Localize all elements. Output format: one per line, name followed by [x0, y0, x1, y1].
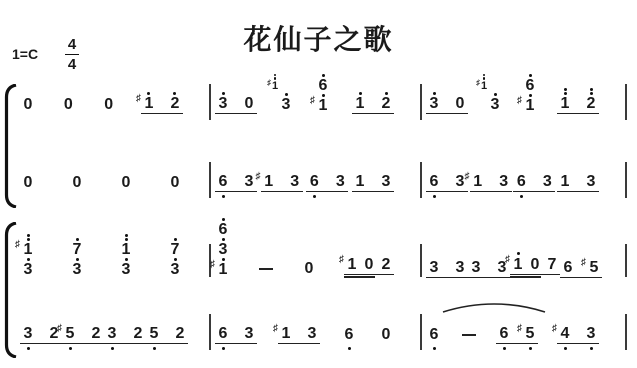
dash-note — [462, 327, 476, 343]
note-digit: ♯1 — [523, 98, 537, 113]
rest-note: 0 — [21, 97, 35, 113]
below-dots-row — [101, 114, 117, 122]
note: 3 — [469, 260, 483, 276]
notes-row: 73 — [69, 237, 85, 278]
below-dots-row — [215, 114, 257, 122]
below-dots-row — [560, 278, 602, 286]
sharp-icon: ♯ — [57, 321, 62, 337]
digit: 0 — [305, 260, 314, 277]
digit: 7 — [73, 241, 82, 258]
note: ♯1 — [142, 91, 156, 112]
below-dots-row — [557, 192, 599, 200]
chord-stack: 63♯1 — [216, 217, 230, 277]
digit: 3 — [430, 95, 439, 112]
note: 6 — [561, 260, 575, 276]
sharp-icon: ♯ — [552, 321, 557, 337]
octave-dots — [503, 346, 506, 350]
note-digit: 2 — [379, 96, 393, 112]
digit: 5 — [526, 325, 535, 342]
digit: 0 — [73, 174, 82, 191]
sharp-icon: ♯ — [256, 169, 261, 185]
digit: 0 — [171, 174, 180, 191]
note: 6 — [514, 174, 528, 190]
note-digit: 6 — [307, 174, 321, 190]
below-dots-row — [20, 192, 36, 200]
note: 2 — [168, 91, 182, 112]
note-digit: ♯1 — [21, 242, 35, 257]
note-digit: 3 — [216, 242, 230, 257]
octave-dot — [313, 195, 316, 198]
note: 6 — [307, 174, 321, 190]
measure: 30♯136♯112 — [211, 72, 420, 122]
beam-group: 6♯5 — [560, 260, 602, 278]
below-dots-row — [487, 114, 503, 122]
digit: 3 — [122, 261, 131, 278]
below-dots-row — [167, 278, 183, 286]
note-digit: 3 — [21, 326, 35, 342]
note-digit: 6 — [497, 326, 511, 342]
grace-note: ♯1 — [481, 73, 487, 91]
note-group: 63 — [215, 326, 257, 352]
note-group: 12 — [352, 91, 394, 122]
beam-group: 30 — [426, 91, 468, 114]
measure: 30♯136♯112 — [422, 72, 625, 122]
octave-dots — [564, 87, 567, 95]
note: ♯4 — [558, 326, 572, 342]
digit: 3 — [456, 259, 465, 276]
digit: 1 — [145, 95, 154, 112]
note-digit: 6 — [427, 174, 441, 190]
beam-group: 63 — [306, 174, 348, 192]
note: 3 — [540, 174, 554, 190]
chord-stack: 73 — [168, 237, 182, 277]
digit: 6 — [310, 173, 319, 190]
note: 3 — [21, 326, 35, 342]
below-dots-row — [141, 114, 183, 122]
note: 1 — [353, 91, 367, 112]
digit: 3 — [171, 261, 180, 278]
note-digit: ♯5 — [63, 326, 77, 342]
note-group: 0 — [301, 261, 317, 286]
note-group: 52 — [146, 326, 188, 352]
note-digit: 3 — [379, 174, 393, 190]
duration-dash — [258, 261, 274, 277]
slur-tie — [440, 300, 548, 314]
octave-dot — [503, 347, 506, 350]
octave-dot — [433, 195, 436, 198]
note-digit: ♯1 — [345, 257, 359, 273]
note-digit: ♯1 — [511, 257, 525, 273]
octave-dot — [483, 74, 486, 77]
note-digit: ♯5 — [587, 260, 601, 276]
sharp-icon: ♯ — [136, 91, 141, 107]
note: 6 — [497, 326, 511, 342]
note-digit: 3 — [469, 260, 483, 276]
beam-group: 63 — [215, 174, 257, 192]
digit: 6 — [430, 326, 439, 343]
note-digit: 1 — [119, 242, 133, 257]
time-signature-denominator: 4 — [62, 55, 82, 73]
note-digit: 0 — [379, 327, 393, 343]
below-dots-row — [278, 114, 294, 122]
beam-group: 33 — [426, 260, 468, 278]
note: 3 — [242, 326, 256, 342]
note: 3 — [427, 260, 441, 276]
digit: 1 — [272, 80, 278, 92]
note-digit: 0 — [528, 257, 542, 273]
octave-dot — [125, 234, 128, 237]
chord-group: ♯13 — [20, 233, 36, 286]
note: 3 — [279, 92, 293, 113]
digit: 0 — [382, 326, 391, 343]
below-dots-row — [69, 192, 85, 200]
octave-dot — [590, 347, 593, 350]
octave-dot — [69, 347, 72, 350]
note-digit: 1 — [353, 174, 367, 190]
note-digit: ♯1 — [279, 326, 293, 342]
chord-stack: 6♯1 — [523, 73, 537, 113]
digit: 2 — [171, 95, 180, 112]
note-digit: 6 — [216, 174, 230, 190]
digit: 1 — [561, 173, 570, 190]
notes-row: 73 — [167, 237, 183, 278]
beam-group: ♯13 — [278, 326, 320, 344]
note-group: ♯107 — [510, 252, 560, 286]
note-group: 6 — [341, 327, 357, 352]
octave-dots — [125, 233, 128, 241]
note-digit: ♯1 — [272, 81, 278, 91]
sharp-icon: ♯ — [267, 78, 271, 88]
note-group: 0 — [69, 175, 85, 200]
note: 1 — [353, 174, 367, 190]
measure: 0000 — [16, 150, 209, 200]
sharp-icon: ♯ — [517, 93, 522, 108]
note-digit: 3 — [70, 262, 84, 277]
digit: 1 — [219, 261, 228, 278]
below-dots-row — [118, 278, 134, 286]
chord-stack: 73 — [70, 237, 84, 277]
note-digit: 3 — [242, 174, 256, 190]
digit: 1 — [319, 97, 328, 114]
chord-stack: 13 — [119, 233, 133, 277]
below-dots-row — [62, 344, 104, 352]
key-signature: 1=C — [12, 46, 38, 62]
rest-note: 0 — [242, 96, 256, 112]
note: 2 — [379, 91, 393, 112]
note: ♯5 — [587, 260, 601, 276]
rest-note: 0 — [102, 97, 116, 113]
below-dots-row — [522, 114, 538, 122]
digit: 7 — [171, 241, 180, 258]
below-dots-row — [513, 192, 555, 200]
sharp-icon: ♯ — [339, 252, 344, 268]
rest-note: 0 — [302, 261, 316, 277]
below-dots-row — [557, 114, 599, 122]
digit: 3 — [290, 173, 299, 190]
digit: 3 — [499, 173, 508, 190]
barline — [625, 162, 627, 198]
beam-group: 30 — [215, 91, 257, 114]
note-digit: 3 — [584, 174, 598, 190]
rest-note: 0 — [379, 327, 393, 343]
digit: 0 — [24, 174, 33, 191]
note-group: ♯13 — [470, 174, 512, 200]
note-digit: 3 — [105, 326, 119, 342]
rest-note: 0 — [21, 175, 35, 191]
note-digit: 0 — [302, 261, 316, 277]
note-digit: 6 — [523, 78, 537, 93]
octave-dot — [27, 347, 30, 350]
rest-note: 0 — [70, 175, 84, 191]
digit: 2 — [382, 95, 391, 112]
octave-dot — [520, 195, 523, 198]
octave-dots — [483, 73, 486, 80]
notes-row: 0 — [101, 97, 117, 114]
beam-group: 63 — [513, 174, 555, 192]
note-digit: ♯1 — [481, 81, 487, 91]
note-group: 0 — [118, 175, 134, 200]
below-dot-cell — [63, 344, 77, 350]
octave-dot — [348, 347, 351, 350]
digit: 0 — [122, 174, 131, 191]
below-dots-row — [510, 278, 560, 286]
beam-group: ♯52 — [62, 326, 104, 344]
note: 3 — [305, 326, 319, 342]
note-group: ♯13 — [278, 92, 294, 122]
staff-line-bass: 000063♯13631363♯136313 — [16, 150, 635, 200]
below-dots-row — [301, 278, 317, 286]
sharp-icon: ♯ — [273, 321, 278, 337]
digit: 3 — [587, 173, 596, 190]
below-dot-cell — [523, 344, 537, 350]
digit: 1 — [24, 241, 33, 258]
note-group: 12 — [557, 87, 599, 122]
notes-row: 0 — [60, 97, 76, 114]
note-group: 13 — [352, 174, 394, 200]
octave-dot — [222, 347, 225, 350]
chord-group: 6♯1 — [522, 73, 538, 122]
note-group: 0 — [20, 175, 36, 200]
note-digit: 3 — [488, 97, 502, 113]
digit: 3 — [472, 259, 481, 276]
note-digit: 2 — [131, 326, 145, 342]
note-group: 63 — [215, 174, 257, 200]
octave-dots — [564, 346, 567, 350]
digit: 5 — [150, 325, 159, 342]
note: 3 — [216, 91, 230, 112]
note: 3 — [379, 174, 393, 190]
note: 2 — [173, 326, 187, 342]
note-digit: 1 — [353, 96, 367, 112]
notes-row: 3 — [487, 92, 503, 114]
below-dots-row — [146, 344, 188, 352]
below-dot-cell — [558, 344, 572, 350]
note-digit: 3 — [584, 326, 598, 342]
below-dots-row — [167, 192, 183, 200]
note-digit: 2 — [379, 257, 393, 273]
beam-group: 13 — [352, 174, 394, 192]
note-digit: 1 — [558, 174, 572, 190]
digit: 6 — [319, 77, 328, 94]
below-dots-row — [215, 278, 231, 286]
measure: 63♯136313 — [211, 150, 420, 200]
below-dots-row — [461, 344, 477, 352]
digit: 3 — [491, 96, 500, 113]
note-group: 6♯5 — [560, 260, 602, 286]
rest-note: 0 — [528, 257, 542, 273]
octave-dot — [27, 234, 30, 237]
note: 3 — [584, 174, 598, 190]
digit: 5 — [66, 325, 75, 342]
note: ♯1 — [471, 174, 485, 190]
measure: 63♯10♯102 — [211, 220, 420, 286]
digit: 6 — [345, 326, 354, 343]
below-dots-row — [470, 192, 512, 200]
beam-group: 13 — [557, 174, 599, 192]
digit: 0 — [531, 256, 540, 273]
note-digit: 6 — [216, 326, 230, 342]
beam-group: ♯13 — [470, 174, 512, 192]
note-digit: 3 — [288, 174, 302, 190]
digit: 3 — [282, 96, 291, 113]
note-digit: 3 — [168, 262, 182, 277]
below-dot-cell — [427, 344, 441, 350]
note-digit: 0 — [168, 175, 182, 191]
octave-dots — [222, 346, 225, 350]
rest-note: 0 — [362, 257, 376, 273]
time-signature: 4 4 — [62, 36, 82, 73]
note: 3 — [427, 91, 441, 112]
note: 3 — [288, 174, 302, 190]
note: 1 — [558, 87, 572, 112]
rest-note: 0 — [168, 175, 182, 191]
digit: 1 — [356, 95, 365, 112]
chord-stack: ♯13 — [21, 233, 35, 277]
octave-dot — [564, 347, 567, 350]
chord-group: 6♯1 — [315, 73, 331, 122]
digit: 6 — [500, 325, 509, 342]
note-digit: 0 — [453, 96, 467, 112]
notes-row — [258, 261, 274, 278]
sharp-icon: ♯ — [505, 252, 510, 268]
note-digit: 6 — [342, 327, 356, 343]
note-group: 63 — [426, 174, 468, 200]
below-dot-cell — [105, 344, 119, 350]
digit: 2 — [134, 325, 143, 342]
octave-dots — [313, 194, 316, 198]
beam-group: ♯12 — [141, 91, 183, 114]
digit: 2 — [382, 256, 391, 273]
digit: 3 — [108, 325, 117, 342]
note-group: ♯13 — [278, 326, 320, 352]
below-dots-row — [69, 278, 85, 286]
note-digit: ♯1 — [316, 98, 330, 113]
below-dots-row — [352, 192, 394, 200]
note-digit: 6 — [316, 78, 330, 93]
digit: 3 — [24, 325, 33, 342]
below-dots-row — [496, 344, 538, 352]
digit: 3 — [245, 173, 254, 190]
note-group: ♯43 — [557, 326, 599, 352]
digit: 3 — [24, 261, 33, 278]
digit: 0 — [64, 96, 73, 113]
rest-note: 0 — [119, 175, 133, 191]
measure: 32♯523252 — [16, 298, 209, 352]
octave-dot — [111, 347, 114, 350]
duration-dash-bar — [259, 268, 273, 271]
beam-group: 32 — [104, 326, 146, 344]
digit: 3 — [587, 325, 596, 342]
note: ♯5 — [523, 326, 537, 342]
time-signature-numerator: 4 — [65, 36, 79, 55]
sharp-icon: ♯ — [15, 237, 20, 252]
note-digit: 0 — [119, 175, 133, 191]
note-digit: 3 — [333, 174, 347, 190]
note-group: 32 — [20, 326, 62, 352]
note-group: 0 — [60, 97, 76, 122]
octave-dots — [590, 87, 593, 95]
note-group: ♯12 — [141, 91, 183, 122]
page-title: 花仙子之歌 — [0, 18, 637, 58]
note: 3 — [584, 326, 598, 342]
grace-note: ♯1 — [272, 73, 278, 91]
note-group: 0 — [167, 175, 183, 200]
note-group: 13 — [557, 174, 599, 200]
note-group: ♯13 — [487, 92, 503, 122]
note-group: ♯13 — [261, 174, 303, 200]
octave-dot — [153, 347, 156, 350]
notes-row: 0 — [118, 175, 134, 192]
digit: 1 — [481, 80, 487, 92]
note-digit: 2 — [173, 326, 187, 342]
digit: 0 — [104, 96, 113, 113]
digit: 6 — [517, 173, 526, 190]
digit: 0 — [365, 256, 374, 273]
dash-group — [258, 261, 274, 286]
notes-row: 63♯1 — [215, 217, 231, 278]
digit: 3 — [430, 259, 439, 276]
octave-dots — [153, 346, 156, 350]
beam-group: 63 — [426, 174, 468, 192]
note: 2 — [131, 326, 145, 342]
note-digit: 3 — [497, 174, 511, 190]
note-digit: ♯1 — [216, 262, 230, 277]
digit: 4 — [561, 325, 570, 342]
below-dots-row — [261, 192, 303, 200]
note: ♯1 — [511, 252, 525, 273]
octave-dots — [69, 346, 72, 350]
note-digit: 0 — [70, 175, 84, 191]
note-digit: 3 — [453, 260, 467, 276]
digit: 3 — [336, 173, 345, 190]
below-dots-row — [426, 344, 442, 352]
note: 6 — [342, 327, 356, 343]
staff-line-treble: 000♯1230♯136♯11230♯136♯112 — [16, 72, 635, 122]
octave-dot — [433, 347, 436, 350]
beam-group: ♯13 — [261, 174, 303, 192]
note: 2 — [379, 257, 393, 273]
notes-row: 0 — [167, 175, 183, 192]
beam-group: ♯107 — [510, 252, 560, 275]
sharp-icon: ♯ — [517, 321, 522, 337]
note: 5 — [147, 326, 161, 342]
below-dot-cell — [216, 192, 230, 198]
digit: 1 — [473, 173, 482, 190]
notes-row: 6 — [426, 327, 442, 344]
digit: 6 — [219, 325, 228, 342]
measure: 63♯136313 — [422, 150, 625, 200]
sharp-icon: ♯ — [310, 93, 315, 108]
